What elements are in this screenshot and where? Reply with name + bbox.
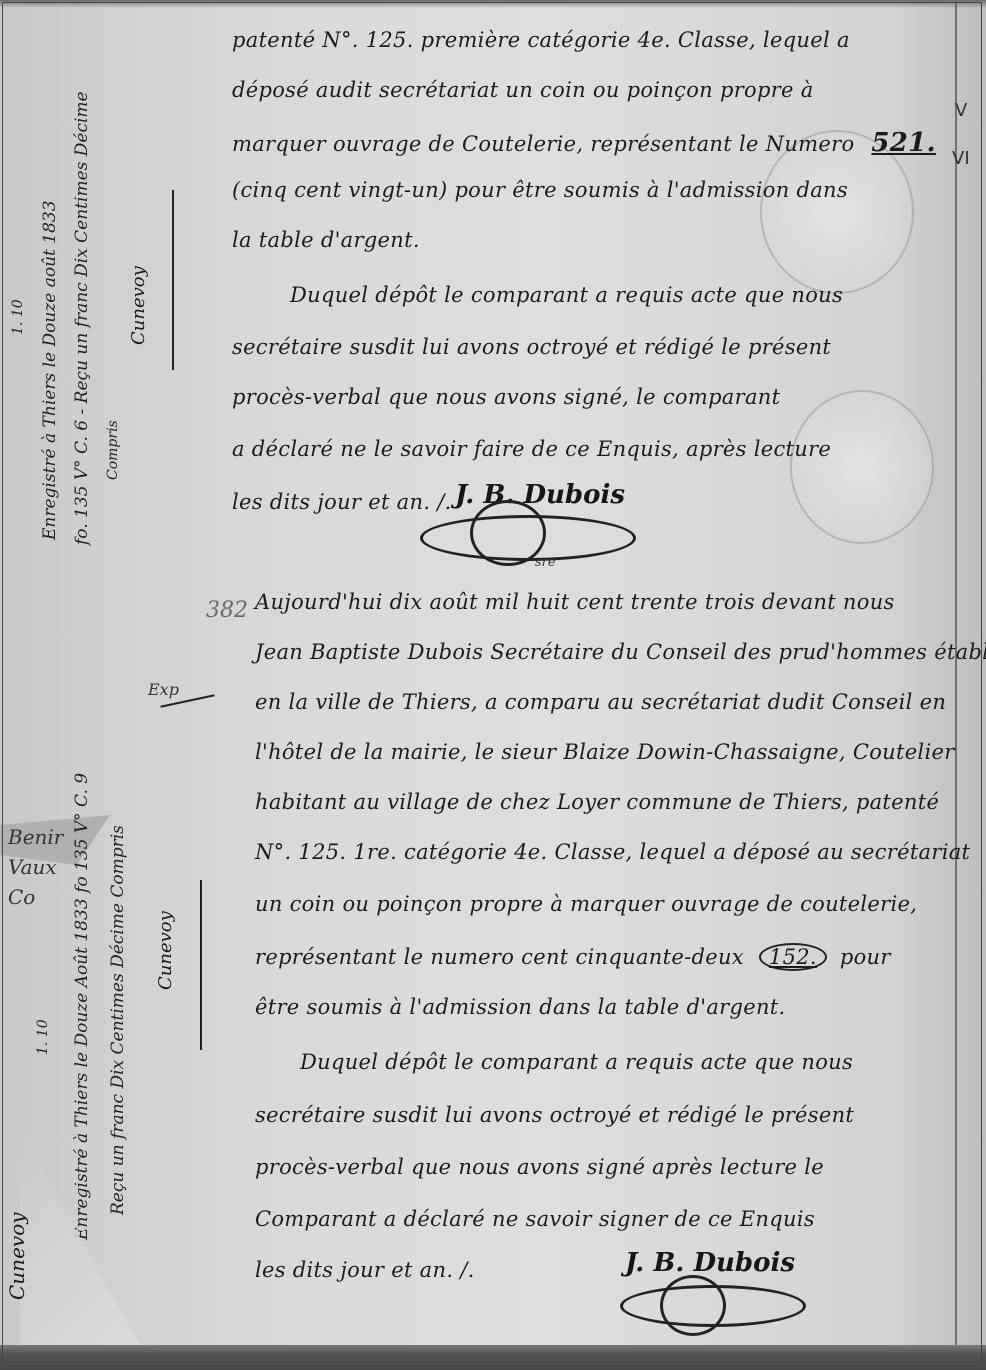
- image-border: [2, 2, 982, 1366]
